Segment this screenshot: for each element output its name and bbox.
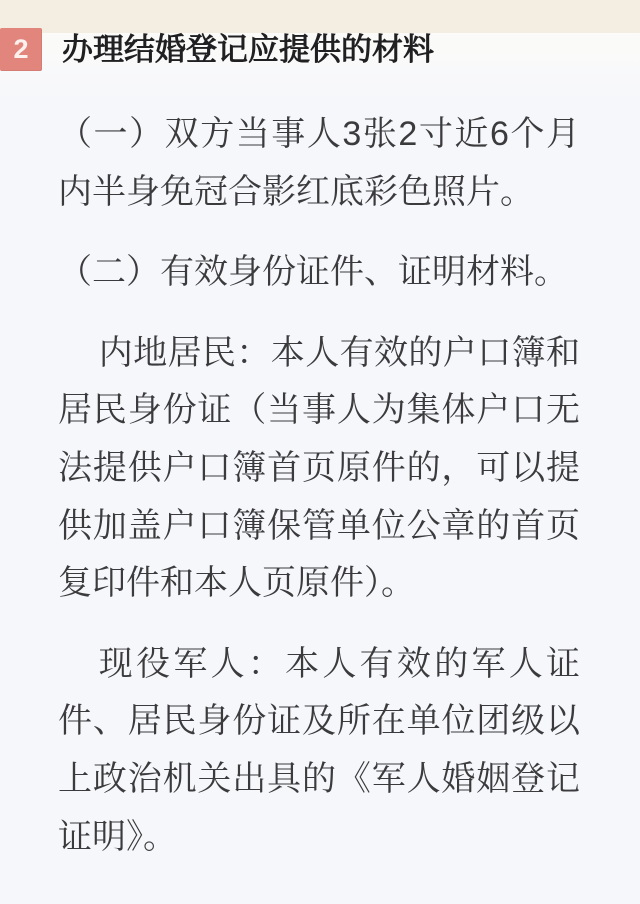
paragraph-id-documents: （二）有效身份证件、证明材料。 xyxy=(58,244,580,302)
section-number-badge: 2 xyxy=(0,28,42,71)
section-header: 2 办理结婚登记应提供的材料 xyxy=(0,28,434,71)
article-page: 2 办理结婚登记应提供的材料 （一）双方当事人3张2寸近6个月内半身免冠合影红底… xyxy=(0,0,640,904)
paragraph-active-military: 现役军人：本人有效的军人证件、居民身份证及所在单位团级以上政治机关出具的《军人婚… xyxy=(58,636,580,866)
section-title: 办理结婚登记应提供的材料 xyxy=(62,28,434,71)
paragraph-photos: （一）双方当事人3张2寸近6个月内半身免冠合影红底彩色照片。 xyxy=(58,106,580,221)
article-body: （一）双方当事人3张2寸近6个月内半身免冠合影红底彩色照片。 （二）有效身份证件… xyxy=(58,106,580,866)
paragraph-mainland-residents: 内地居民：本人有效的户口簿和居民身份证（当事人为集体户口无法提供户口簿首页原件的… xyxy=(58,325,580,613)
